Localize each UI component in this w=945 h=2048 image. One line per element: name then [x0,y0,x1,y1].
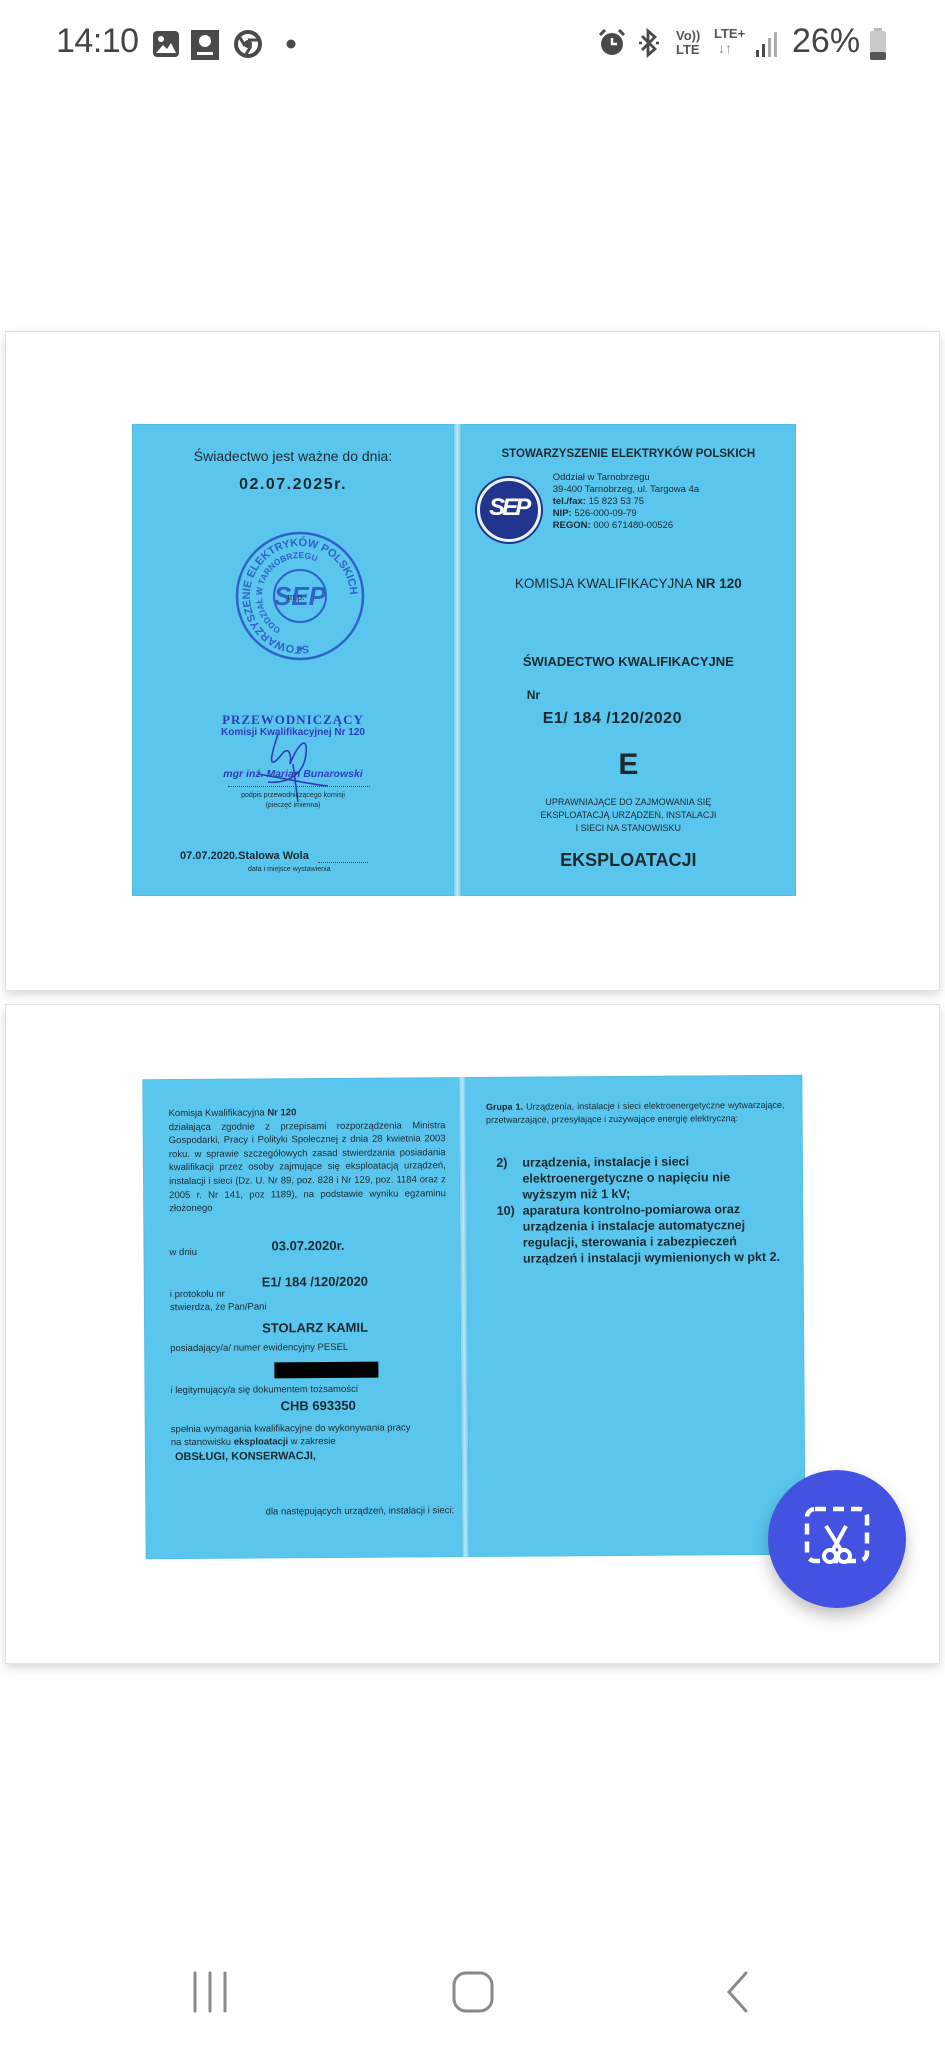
entitlement-line-1: UPRAWNIAJĄCE DO ZAJMOWANIA SIĘ [461,796,796,809]
issue-place-date: 07.07.2020.Stalowa Wola [180,850,309,862]
sep-round-stamp: STOWARZYSZENIE ELEKTRYKÓW POLSKICH ODDZI… [234,530,366,662]
data-arrows-icon: ↓↑ [714,41,745,55]
chairman-name: mgr inż. Marian Bunarowski [132,768,454,780]
certificate-inside-spread: Komisja Kwalifikacyjna Nr 120 działająca… [142,1075,805,1560]
protocol-label: i protokołu nr [170,1289,225,1300]
valid-until-label: Świadectwo jest ważne do dnia: [132,448,454,464]
certificate-title: ŚWIADECTWO KWALIFIKACYJNE [461,654,796,669]
volte-label-top: Vo)) [676,29,700,43]
sep-logo: SEP [477,478,541,542]
redacted-pesel [274,1362,378,1379]
entitlement-line-3: I SIECI NA STANOWISKU [461,822,796,835]
inside-right-leaf: Grupa 1. Urządzenia, instalacje i sieci … [466,1075,806,1557]
branch-address: 39-400 Tarnobrzeg, ul. Targowa 4a [553,484,699,496]
tel-value: 15 823 53 75 [589,496,644,507]
committee-heading: KOMISJA KWALIFIKACYJNA NR 120 [461,576,796,591]
contact-card-icon [191,30,219,60]
entitlement-line-2: EKSPLOATACJĄ URZĄDZEŃ, INSTALACJI [461,809,796,822]
battery-icon [869,28,887,60]
volte-icon: Vo)) LTE [676,29,700,57]
svg-text:m.p.: m.p. [287,592,305,602]
svg-text:★: ★ [296,644,305,655]
front-right-leaf: STOWARZYSZENIE ELEKTRYKÓW POLSKICH SEP O… [461,424,796,896]
id-document-number: CHB 693350 [281,1398,356,1414]
screenshot-crop-icon [804,1506,870,1572]
category-letter: E [461,748,796,782]
signature-caption-2: (pieczęć imienna) [132,802,454,809]
exam-date-label: w dniu [170,1247,198,1258]
entitlement-text: UPRAWNIAJĄCE DO ZAJMOWANIA SIĘ EKSPLOATA… [461,796,796,835]
volte-label-bottom: LTE [676,43,700,57]
notification-dot-icon [286,39,296,49]
tel-label: tel./fax: [553,496,586,507]
device-item-number: 2) [496,1155,518,1203]
committee-nr: Nr 120 [267,1107,296,1118]
following-devices-label: dla następujących urządzeń, instalacji i… [266,1505,455,1517]
device-list-item: 10)aparatura kontrolno-pomiarowa oraz ur… [497,1201,784,1267]
issue-caption: data i miejsce wystawienia [248,866,330,873]
nip-label: NIP: [553,508,572,519]
group-description: Grupa 1. Urządzenia, instalacje i sieci … [486,1099,785,1127]
committee-nr: NR 120 [696,576,742,591]
holder-name: STOLARZ KAMIL [262,1320,368,1336]
scope-of-work: OBSŁUGI, KONSERWACJI, [175,1450,316,1463]
branch-name: Oddział w Tarnobrzegu [553,472,699,484]
org-name: STOWARZYSZENIE ELEKTRYKÓW POLSKICH [461,448,796,460]
position-name: EKSPLOATACJI [461,850,796,871]
legal-basis-text: Komisja Kwalifikacyjna Nr 120 działająca… [169,1105,447,1216]
device-item-number: 10) [497,1203,519,1267]
recent-apps-icon[interactable] [190,1970,230,2014]
issue-line [318,862,368,863]
signature-caption: podpis przewodniczącego komisji [132,792,454,799]
group-desc: Urządzenia, instalacje i sieci elektroen… [486,1100,785,1125]
regon-label: REGON: [553,520,591,531]
inside-left-leaf: Komisja Kwalifikacyjna Nr 120 działająca… [142,1077,462,1559]
committee-prefix: KOMISJA KWALIFIKACYJNA [515,576,696,591]
branch-nip: NIP: 526-000-09-79 [553,508,699,520]
branch-tel: tel./fax: 15 823 53 75 [553,496,699,508]
committee-prefix: Komisja Kwalifikacyjna [169,1107,268,1119]
signal-icon [754,30,778,58]
status-bar: 14:10 Vo)) LTE LTE+ ↓↑ [0,0,945,90]
certificate-front-spread: Świadectwo jest ważne do dnia: 02.07.202… [132,424,796,896]
device-item-text: urządzenia, instalacje i sieci elektroen… [518,1153,783,1203]
sep-logo-text: SEP [480,494,538,522]
device-item-text: aparatura kontrolno-pomiarowa oraz urząd… [519,1201,784,1267]
qualification-line-1: spełnia wymagania kwalifikacyjne do wyko… [171,1421,411,1436]
battery-percent: 26% [792,22,860,61]
data-label: LTE+ [714,27,745,41]
qual-prefix: na stanowisku [171,1437,234,1448]
protocol-number: E1/ 184 /120/2020 [262,1274,368,1290]
signature-line [228,786,370,787]
smart-select-crop-button[interactable] [768,1470,906,1608]
document-page-1[interactable]: Świadectwo jest ważne do dnia: 02.07.202… [6,332,939,990]
device-list: 2)urządzenia, instalacje i sieci elektro… [496,1153,783,1267]
front-left-leaf: Świadectwo jest ważne do dnia: 02.07.202… [132,424,454,896]
exam-date: 03.07.2020r. [271,1238,344,1254]
valid-until-date: 02.07.2025r. [132,476,454,494]
certificate-number: E1/ 184 /120/2020 [543,710,682,728]
branch-info: Oddział w Tarnobrzegu 39-400 Tarnobrzeg,… [553,472,699,532]
branch-regon: REGON: 000 671480-00526 [553,520,699,532]
back-icon[interactable] [722,1970,752,2014]
nip-value: 526-000-09-79 [574,508,636,519]
qual-suffix: w zakresie [288,1436,336,1447]
booklet-spine [454,424,461,896]
alarm-icon [598,28,626,58]
qual-bold: eksploatacji [234,1436,288,1447]
gallery-icon [152,30,180,58]
home-icon[interactable] [451,1970,495,2014]
group-label: Grupa 1. [486,1102,523,1112]
lte-plus-data-icon: LTE+ ↓↑ [714,27,745,55]
system-navigation-bar [0,1940,945,2048]
device-list-item: 2)urządzenia, instalacje i sieci elektro… [496,1153,783,1203]
chrome-icon [234,30,262,58]
regon-value: 000 671480-00526 [593,520,673,531]
bluetooth-icon [637,28,661,58]
states-label: stwierdza, że Pan/Pani [170,1301,267,1313]
qualification-statement: spełnia wymagania kwalifikacyjne do wyko… [171,1421,411,1449]
legal-text: działająca zgodnie z przepisami rozporzą… [169,1119,446,1216]
id-document-label: i legitymujący/a się dokumentem tożsamoś… [170,1384,358,1396]
pesel-label: posiadający/a/ numer ewidencyjny PESEL [170,1342,348,1354]
qualification-line-2: na stanowisku eksploatacji w zakresie [171,1434,411,1449]
clock: 14:10 [56,22,139,61]
device-items: 2)urządzenia, instalacje i sieci elektro… [496,1153,783,1267]
number-label: Nr [527,688,540,702]
